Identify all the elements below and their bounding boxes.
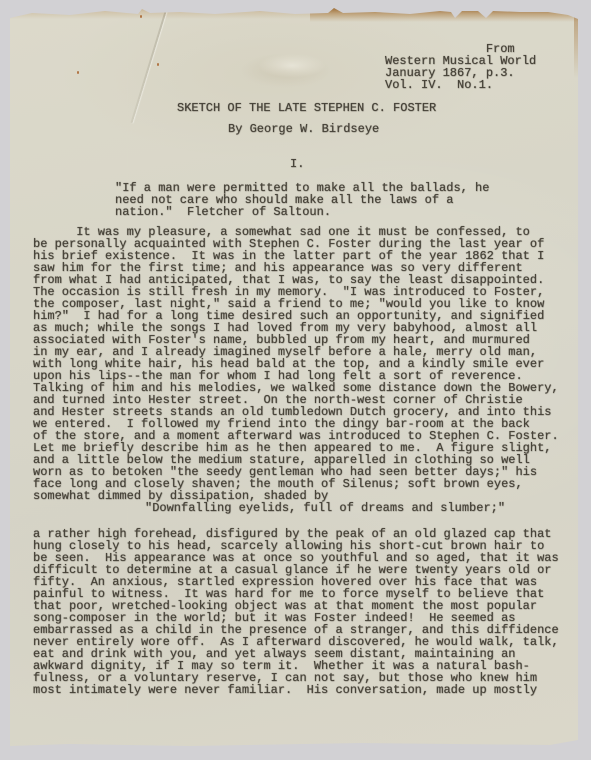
byline: By George W. Birdseye — [228, 123, 379, 135]
section-numeral: I. — [290, 158, 304, 170]
body-paragraph-1: It was my pleasure, a somewhat sad one i… — [33, 226, 559, 502]
paper-stain — [220, 44, 340, 92]
aged-top-edge-right — [310, 8, 578, 22]
pull-quote: "Downfalling eyelids, full of dreams and… — [145, 502, 505, 514]
scan-backdrop: { "scan": { "source_note_lines": [ " Fro… — [0, 0, 591, 760]
body-paragraph-2: a rather high forehead, disfigured by th… — [33, 528, 559, 696]
paper-crease — [131, 10, 167, 123]
source-citation: From Western Musical World January 1867,… — [385, 43, 536, 91]
epigraph: "If a man were permitted to make all the… — [115, 182, 489, 218]
paper-speck — [157, 63, 159, 66]
paper-speck — [77, 71, 79, 74]
article-title: SKETCH OF THE LATE STEPHEN C. FOSTER — [177, 102, 436, 114]
aged-right-edge — [574, 8, 578, 78]
scanned-page: From Western Musical World January 1867,… — [10, 8, 578, 747]
paper-speck — [140, 15, 142, 18]
